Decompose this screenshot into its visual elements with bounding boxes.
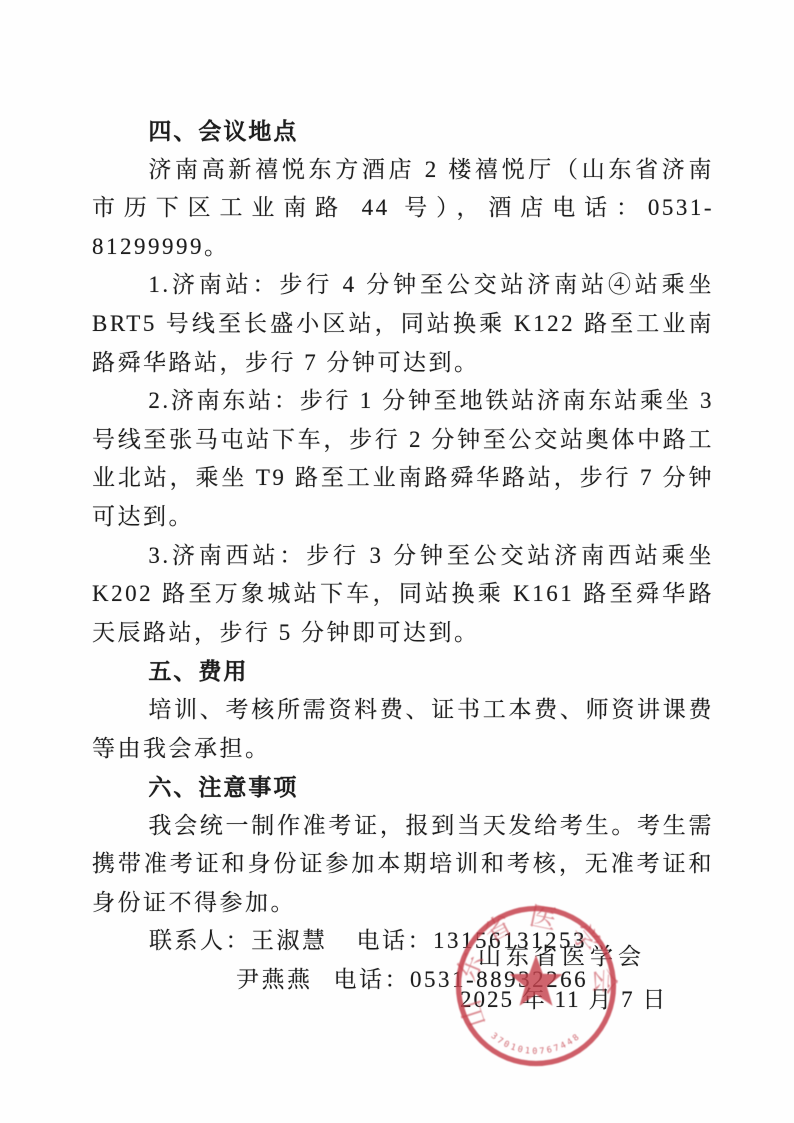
section4-heading: 四、会议地点: [92, 112, 714, 151]
phone-label: 电话：: [334, 967, 411, 992]
section4-item-jinan-station: 1.济南站：步行 4 分钟至公交站济南站④站乘坐 BRT5 号线至长盛小区站，同…: [92, 266, 714, 382]
document-page: 四、会议地点 济南高新禧悦东方酒店 2 楼禧悦厅（山东省济南市历下区工业南路 4…: [0, 0, 794, 1123]
section6-paragraph: 我会统一制作准考证，报到当天发给考生。考生需携带准考证和身份证参加本期培训和考核…: [92, 807, 714, 923]
seal-code-text: 3701010767448: [489, 1031, 584, 1057]
signature-date: 2025 年 11 月 7 日: [460, 981, 667, 1019]
contact-label: 联系人：: [149, 928, 251, 953]
section5-heading: 五、费用: [92, 652, 714, 691]
phone-label: 电话：: [357, 928, 434, 953]
signature-org: 山东省医学会: [478, 938, 646, 976]
section4-item-jinan-east-station: 2.济南东站：步行 1 分钟至地铁站济南东站乘坐 3 号线至张马屯站下车，步行 …: [92, 382, 714, 536]
contact-name: 尹燕燕: [236, 967, 313, 992]
document-body: 四、会议地点 济南高新禧悦东方酒店 2 楼禧悦厅（山东省济南市历下区工业南路 4…: [92, 112, 714, 1000]
contact-name: 王淑慧: [251, 928, 328, 953]
section5-paragraph: 培训、考核所需资料费、证书工本费、师资讲课费等由我会承担。: [92, 691, 714, 768]
section4-intro-paragraph: 济南高新禧悦东方酒店 2 楼禧悦厅（山东省济南市历下区工业南路 44 号），酒店…: [92, 151, 714, 267]
section4-item-jinan-west-station: 3.济南西站：步行 3 分钟至公交站济南西站乘坐 K202 路至万象城站下车，同…: [92, 537, 714, 653]
section6-heading: 六、注意事项: [92, 768, 714, 807]
